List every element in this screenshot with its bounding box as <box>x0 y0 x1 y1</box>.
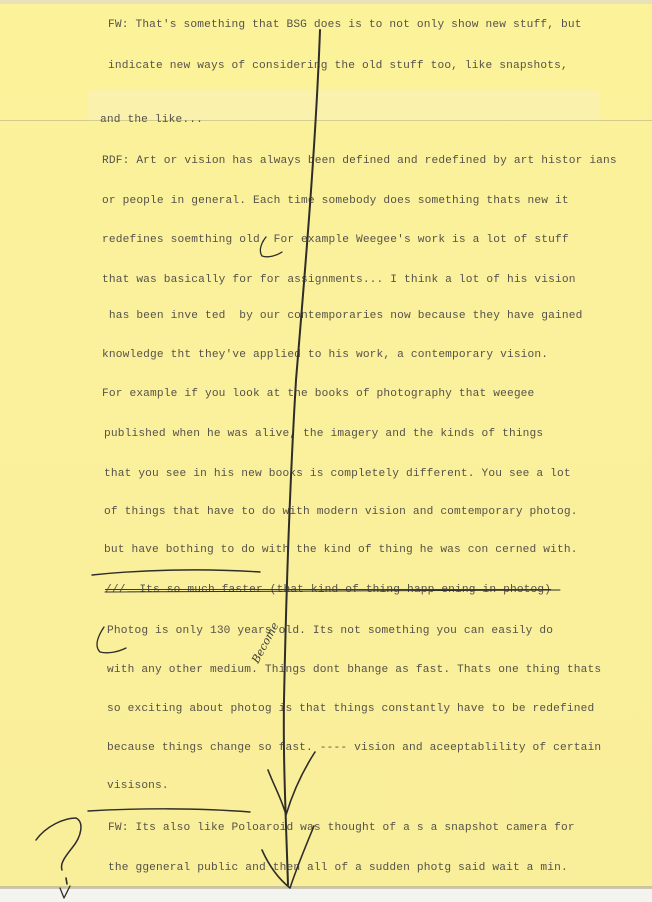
fold-line <box>0 120 652 121</box>
text-line: visisons. <box>107 780 169 792</box>
text-line: or people in general. Each time somebody… <box>102 195 569 207</box>
text-line: knowledge tht they've applied to his wor… <box>102 349 548 361</box>
text-line: FW: Its also like Poloaroid was thought … <box>108 822 575 834</box>
text-line: with any other medium. Things dont bhang… <box>107 664 601 676</box>
text-line: For example if you look at the books of … <box>102 388 534 400</box>
text-line: of things that have to do with modern vi… <box>104 506 578 518</box>
text-line: and the like... <box>100 114 203 126</box>
text-line: so exciting about photog is that things … <box>107 703 594 715</box>
text-line: that you see in his new books is complet… <box>104 468 571 480</box>
document-page: FW: That's something that BSG does is to… <box>0 0 652 888</box>
text-line: RDF: Art or vision has always been defin… <box>102 155 617 167</box>
text-line: the ggeneral public and then all of a su… <box>108 862 568 874</box>
text-line: because things change so fast. ---- visi… <box>107 742 601 754</box>
struck-text-line: /// Its so much faster (that kind of thi… <box>105 584 551 596</box>
text-line: published when he was alive, the imagery… <box>104 428 543 440</box>
text-line: indicate new ways of considering the old… <box>108 60 568 72</box>
text-line: FW: That's something that BSG does is to… <box>108 19 582 31</box>
text-line: but have bothing to do with the kind of … <box>104 544 578 556</box>
text-line: has been inve ted by our contemporaries … <box>102 310 582 322</box>
paper-edge <box>0 886 652 889</box>
text-line: Photog is only 130 years old. Its not so… <box>107 625 553 637</box>
text-line: that was basically for for assignments..… <box>102 274 576 286</box>
top-sheet-edge <box>0 0 652 4</box>
text-line: redefines soemthing old. For example Wee… <box>102 234 569 246</box>
